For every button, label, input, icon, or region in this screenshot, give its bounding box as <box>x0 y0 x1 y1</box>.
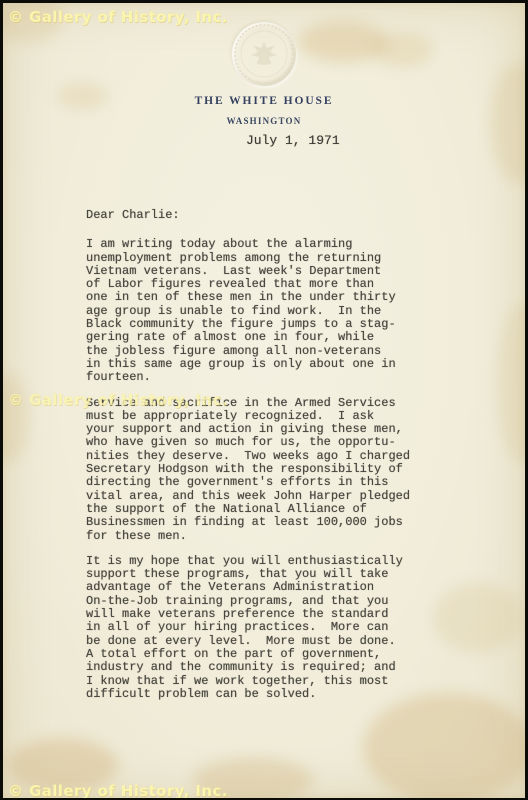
watermark-top: © Gallery of History, Inc. <box>8 8 228 26</box>
letterhead-title: THE WHITE HOUSE <box>3 95 525 107</box>
letter-paragraph-2: Service and sacrifice in the Armed Servi… <box>86 397 438 543</box>
document-photo: THE WHITE HOUSE WASHINGTON July 1, 1971 … <box>0 0 528 800</box>
paper-stain <box>498 303 525 463</box>
paper-stain <box>373 33 433 67</box>
letter-salutation: Dear Charlie: <box>86 209 438 222</box>
watermark-bottom: © Gallery of History, Inc. <box>8 782 228 798</box>
paper-stain <box>298 21 388 63</box>
letter-paragraph-3: It is my hope that you will enthusiastic… <box>86 555 438 701</box>
letter-paper: THE WHITE HOUSE WASHINGTON July 1, 1971 … <box>3 3 525 798</box>
letterhead-subtitle: WASHINGTON <box>3 116 525 126</box>
letter-date: July 1, 1971 <box>246 133 340 148</box>
watermark-middle: © Gallery of History, Inc. <box>8 391 228 409</box>
letter-paragraph-1: I am writing today about the alarming un… <box>86 238 438 384</box>
presidential-seal-emboss-icon <box>232 22 296 86</box>
paper-stain <box>433 583 523 653</box>
letter-body: Dear Charlie: I am writing today about t… <box>86 209 438 713</box>
paper-stain <box>3 373 28 463</box>
